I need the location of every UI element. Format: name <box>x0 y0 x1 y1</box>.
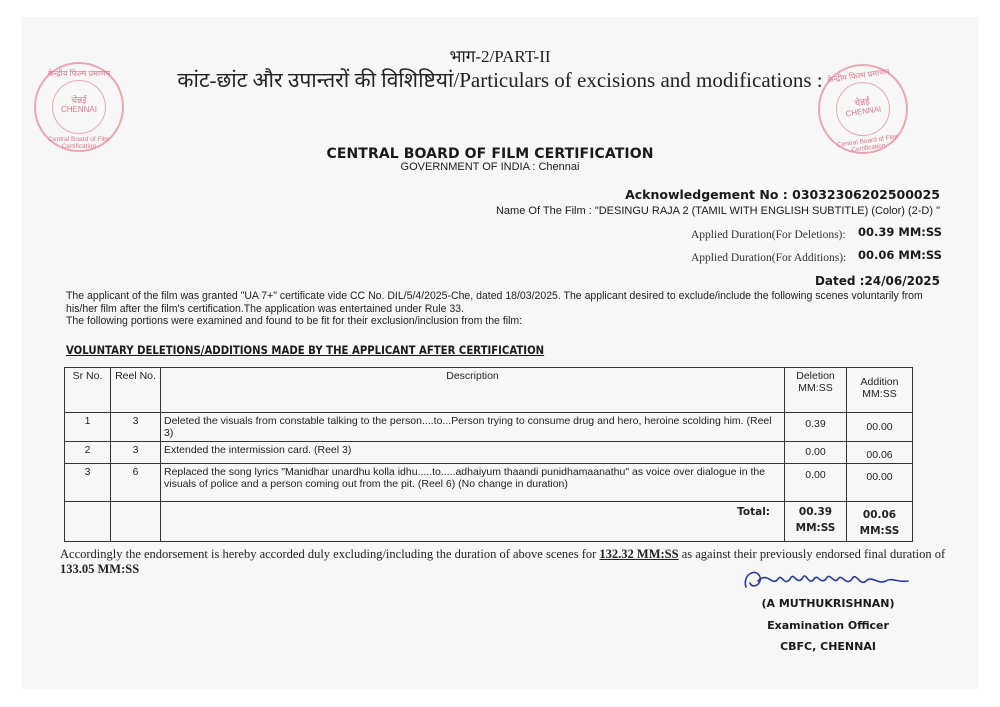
table-row: 2 3 Extended the intermission card. (Ree… <box>65 442 913 464</box>
cell-addition: 00.00 <box>847 413 913 442</box>
cell-reel: 3 <box>111 413 161 442</box>
table-header-row: Sr No. Reel No. Description Deletion MM:… <box>65 368 913 413</box>
dated-value: 24/06/2025 <box>864 274 940 288</box>
signature <box>738 565 918 595</box>
cell-reel: 6 <box>111 464 161 502</box>
cell-empty <box>65 502 111 542</box>
header-reel: Reel No. <box>111 368 161 413</box>
cell-description: Deleted the visuals from constable talki… <box>161 413 785 442</box>
cell-sr: 1 <box>65 413 111 442</box>
paragraph-line-2: The following portions were examined and… <box>66 315 946 328</box>
ack-label: Acknowledgement No : <box>625 187 788 202</box>
cell-empty <box>111 502 161 542</box>
total-addition-unit: MM:SS <box>850 523 909 539</box>
cell-addition: 00.00 <box>847 464 913 502</box>
org-subtitle: GOVERNMENT OF INDIA : Chennai <box>0 161 980 173</box>
film-label: Name Of The Film : <box>496 205 592 217</box>
certificate-paragraph: The applicant of the film was granted "U… <box>66 290 946 328</box>
header-addition: Addition MM:SS <box>847 368 913 413</box>
total-deletion-value: 00.39 <box>788 504 843 520</box>
cell-deletion: 0.39 <box>785 413 847 442</box>
cell-sr: 3 <box>65 464 111 502</box>
cell-addition: 00.06 <box>847 442 913 464</box>
ack-value: 03032306202500025 <box>792 187 940 202</box>
signature-scribble-icon <box>738 565 918 595</box>
total-addition-value: 00.06 <box>850 504 909 523</box>
total-label: Total: <box>161 502 785 542</box>
total-deletion: 00.39 MM:SS <box>785 502 847 542</box>
org-name: CENTRAL BOARD OF FILM CERTIFICATION <box>0 146 980 162</box>
header-description: Description <box>161 368 785 413</box>
endorsement-new-duration: 132.32 MM:SS <box>599 547 678 561</box>
film-value: "DESINGU RAJA 2 (TAMIL WITH ENGLISH SUBT… <box>595 205 940 217</box>
signatory-office: CBFC, CHENNAI <box>738 640 918 653</box>
dated: Dated :24/06/2025 <box>815 274 940 288</box>
cell-sr: 2 <box>65 442 111 464</box>
acknowledgement-number: Acknowledgement No : 03032306202500025 <box>625 187 940 202</box>
section-title: VOLUNTARY DELETIONS/ADDITIONS MADE BY TH… <box>66 343 544 357</box>
table-row: 3 6 Replaced the song lyrics "Manidhar u… <box>65 464 913 502</box>
cell-deletion: 0.00 <box>785 464 847 502</box>
cell-deletion: 0.00 <box>785 442 847 464</box>
table-total-row: Total: 00.39 MM:SS 00.06 MM:SS <box>65 502 913 542</box>
applied-deletions-row: Applied Duration(For Deletions): <box>691 225 846 243</box>
additions-label: Applied Duration(For Additions): <box>691 252 846 264</box>
endorsement-old-duration: 133.05 MM:SS <box>60 562 139 576</box>
cell-reel: 3 <box>111 442 161 464</box>
deletions-value: 00.39 MM:SS <box>858 225 942 239</box>
endorsement-middle: as against their previously endorsed fin… <box>682 547 945 561</box>
cell-description: Extended the intermission card. (Reel 3) <box>161 442 785 464</box>
seal-city: CHENNAI <box>36 105 122 114</box>
signatory-title: Examination Officer <box>738 619 918 632</box>
total-deletion-unit: MM:SS <box>788 520 843 536</box>
additions-value: 00.06 MM:SS <box>858 248 942 262</box>
particulars-heading: कांट-छांट और उपान्तरों की विशिष्टियां/Pa… <box>0 66 1000 94</box>
deletions-label: Applied Duration(For Deletions): <box>691 229 846 241</box>
table-row: 1 3 Deleted the visuals from constable t… <box>65 413 913 442</box>
film-name: Name Of The Film : "DESINGU RAJA 2 (TAMI… <box>496 205 940 217</box>
paragraph-line-1: The applicant of the film was granted "U… <box>66 290 946 315</box>
endorsement-prefix: Accordingly the endorsement is hereby ac… <box>60 547 596 561</box>
part-heading: भाग-2/PART-II <box>0 44 1000 67</box>
applied-additions-row: Applied Duration(For Additions): <box>691 248 846 266</box>
excisions-table: Sr No. Reel No. Description Deletion MM:… <box>64 367 913 542</box>
cell-description: Replaced the song lyrics "Manidhar unard… <box>161 464 785 502</box>
header-sr: Sr No. <box>65 368 111 413</box>
dated-label: Dated : <box>815 274 865 288</box>
header-deletion: Deletion MM:SS <box>785 368 847 413</box>
signatory-name: (A MUTHUKRISHNAN) <box>738 597 918 610</box>
total-addition: 00.06 MM:SS <box>847 502 913 542</box>
